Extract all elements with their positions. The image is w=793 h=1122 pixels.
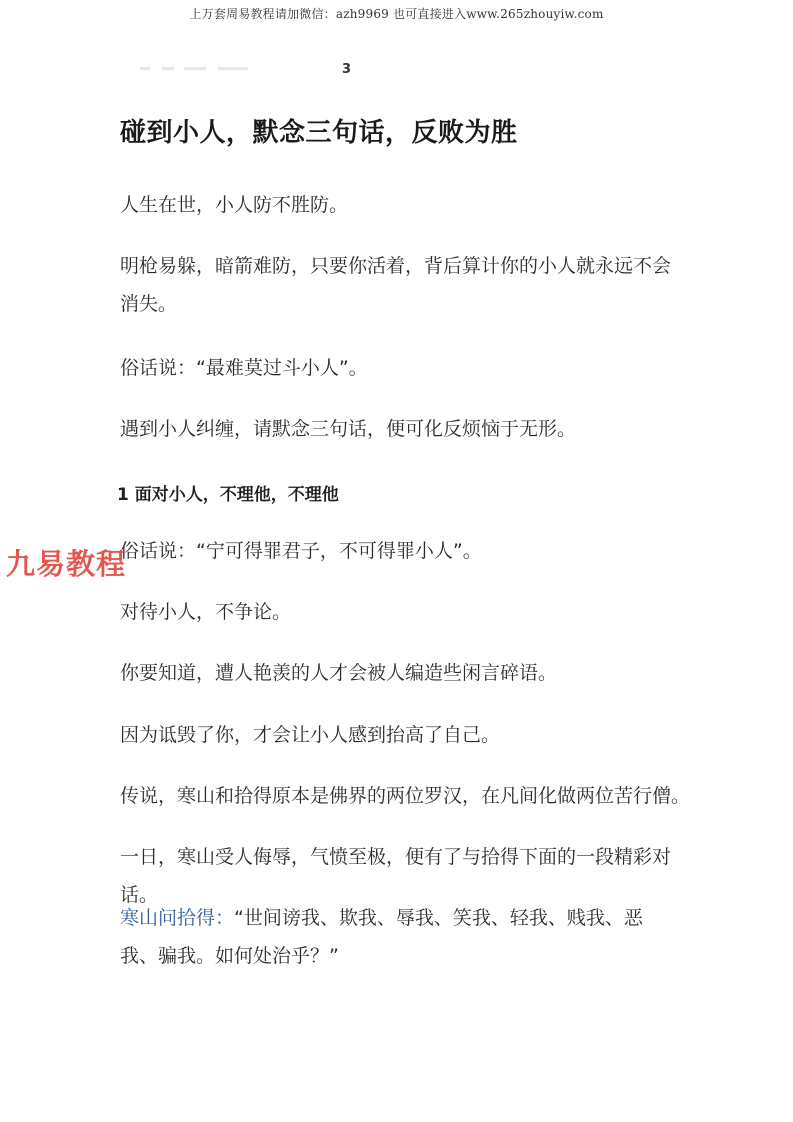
page-header: 3 <box>140 62 360 78</box>
paragraph: 因为诋毁了你，才会让小人感到抬高了自己。 <box>120 716 680 754</box>
paragraph: 明枪易躲，暗箭难防，只要你活着，背后算计你的小人就永远不会消失。 <box>120 247 680 323</box>
dialogue-speaker: 寒山问拾得： <box>120 907 234 929</box>
dialogue-paragraph: 寒山问拾得：“世间谤我、欺我、辱我、笑我、轻我、贱我、恶我、骗我。如何处治乎？” <box>120 899 680 975</box>
top-banner: 上万套周易教程请加微信：azh9969 也可直接进入www.265zhouyiw… <box>0 5 793 22</box>
section-heading: 1 面对小人，不理他，不理他 <box>117 480 339 505</box>
paragraph: 俗话说：“最难莫过斗小人”。 <box>120 349 680 387</box>
faint-header-mark <box>218 67 248 70</box>
paragraph: 俗话说：“宁可得罪君子，不可得罪小人”。 <box>120 532 680 570</box>
paragraph: 遇到小人纠缠，请默念三句话，便可化反烦恼于无形。 <box>120 410 680 448</box>
article-title: 碰到小人，默念三句话，反败为胜 <box>120 112 518 149</box>
page-number: 3 <box>342 62 351 77</box>
watermark-logo: 九易教程 <box>6 542 126 583</box>
paragraph: 你要知道，遭人艳羡的人才会被人编造些闲言碎语。 <box>120 654 680 692</box>
faint-header-mark <box>140 67 150 70</box>
faint-header-mark <box>162 67 174 70</box>
paragraph: 人生在世，小人防不胜防。 <box>120 186 680 224</box>
paragraph: 对待小人，不争论。 <box>120 593 680 631</box>
paragraph: 传说，寒山和拾得原本是佛界的两位罗汉，在凡间化做两位苦行僧。 <box>120 777 700 815</box>
faint-header-mark <box>184 67 206 70</box>
